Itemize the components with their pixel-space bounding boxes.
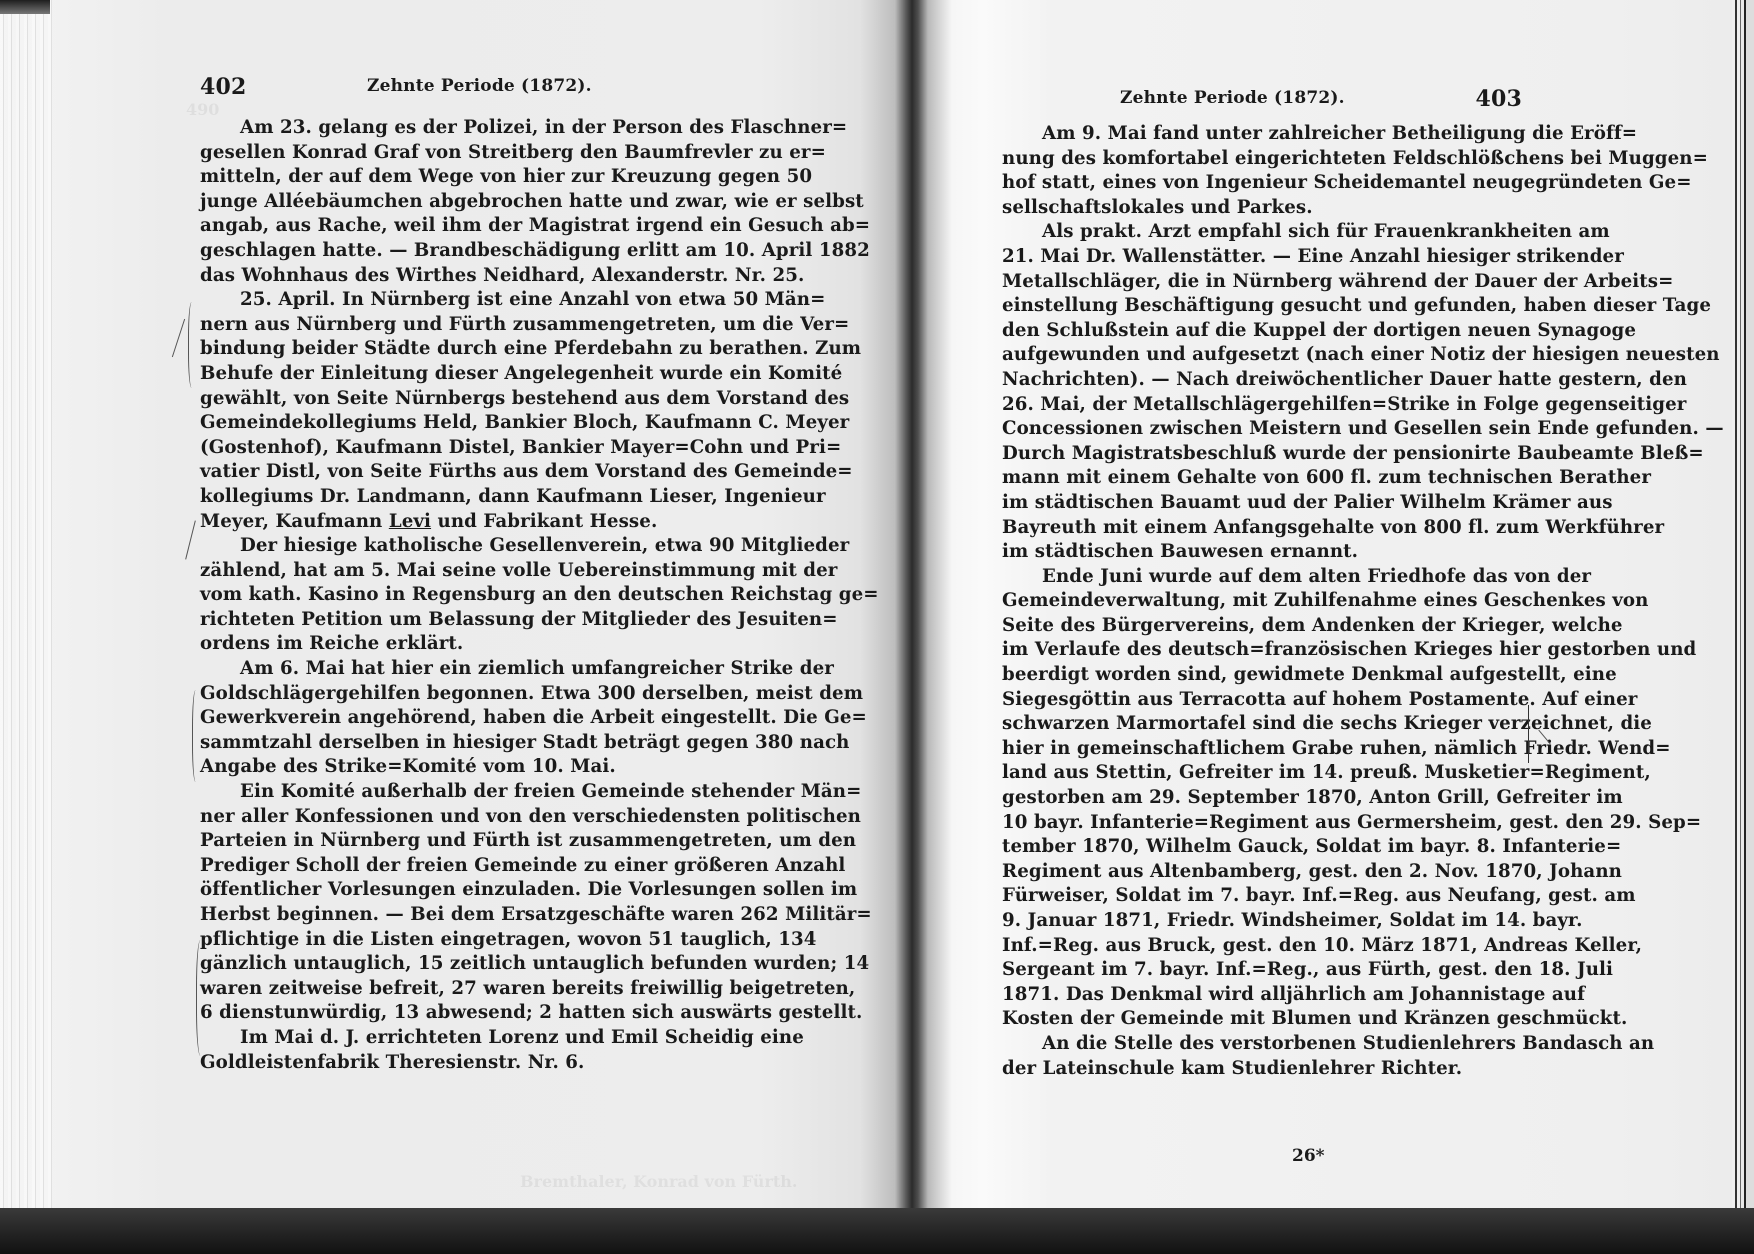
scan-bottom-shadow: [0, 1208, 1754, 1254]
text-line: gänzlich untauglich, 15 zeitlich untaugl…: [200, 952, 710, 977]
left-page: 402 Zehnte Periode (1872). Am 23. gelang…: [0, 0, 912, 1216]
bleed-through-text: Bremthaler, Konrad von Fürth.: [520, 1172, 797, 1191]
text-line: tember 1870, Wilhelm Gauck, Soldat im ba…: [1002, 835, 1522, 860]
right-page-body: Am 9. Mai fand unter zahlreicher Betheil…: [1002, 122, 1522, 1081]
text-line: einstellung Beschäftigung gesucht und ge…: [1002, 294, 1522, 319]
text-line: öffentlicher Vorlesungen einzuladen. Die…: [200, 878, 710, 903]
text-line: Inf.=Reg. aus Bruck, gest. den 10. März …: [1002, 934, 1522, 959]
left-running-header: 402 Zehnte Periode (1872).: [200, 74, 710, 104]
text-line: der Lateinschule kam Studienlehrer Richt…: [1002, 1057, 1522, 1082]
text-line: Sergeant im 7. bayr. Inf.=Reg., aus Fürt…: [1002, 958, 1522, 983]
text-line: 26. Mai, der Metallschlägergehilfen=Stri…: [1002, 393, 1522, 418]
text-line: hier in gemeinschaftlichem Grabe ruhen, …: [1002, 737, 1522, 762]
text-line: Parteien in Nürnberg und Fürth ist zusam…: [200, 829, 710, 854]
text-line: im Verlaufe des deutsch=französischen Kr…: [1002, 638, 1522, 663]
text-line: geschlagen hatte. — Brandbeschädigung er…: [200, 239, 710, 264]
text-line: Am 23. gelang es der Polizei, in der Per…: [200, 116, 710, 141]
text-line: sammtzahl derselben in hiesiger Stadt be…: [200, 731, 710, 756]
text-line: Siegesgöttin aus Terracotta auf hohem Po…: [1002, 688, 1522, 713]
text-line: land aus Stettin, Gefreiter im 14. preuß…: [1002, 761, 1522, 786]
text-line: 25. April. In Nürnberg ist eine Anzahl v…: [200, 288, 710, 313]
page-edge-stack: [1732, 0, 1754, 1214]
running-head-title: Zehnte Periode (1872).: [1120, 88, 1345, 108]
text-line: Gemeindeverwaltung, mit Zuhilfenahme ein…: [1002, 589, 1522, 614]
text-line: vom kath. Kasino in Regensburg an den de…: [200, 583, 710, 608]
left-page-body: Am 23. gelang es der Polizei, in der Per…: [200, 116, 710, 1075]
text-line: hof statt, eines von Ingenieur Scheidema…: [1002, 171, 1522, 196]
text-line: Goldleistenfabrik Theresienstr. Nr. 6.: [200, 1051, 710, 1076]
book-spread: 402 Zehnte Periode (1872). Am 23. gelang…: [0, 0, 1754, 1254]
text-line: Metallschläger, die in Nürnberg während …: [1002, 270, 1522, 295]
text-line: Der hiesige katholische Gesellenverein, …: [200, 534, 710, 559]
text-line: Concessionen zwischen Meistern und Gesel…: [1002, 417, 1522, 442]
text-line: Angabe des Strike=Komité vom 10. Mai.: [200, 755, 710, 780]
text-line: Durch Magistratsbeschluß wurde der pensi…: [1002, 442, 1522, 467]
text-line: junge Alléebäumchen abgebrochen hatte un…: [200, 190, 710, 215]
right-page: Zehnte Periode (1872). 403 Am 9. Mai fan…: [912, 0, 1754, 1214]
text-line: richteten Petition um Belassung der Mitg…: [200, 608, 710, 633]
text-line: Behufe der Einleitung dieser Angelegenhe…: [200, 362, 710, 387]
text-line: sellschaftslokales und Parkes.: [1002, 196, 1522, 221]
text-line: 21. Mai Dr. Wallenstätter. — Eine Anzahl…: [1002, 245, 1522, 270]
text-line: schwarzen Marmortafel sind die sechs Kri…: [1002, 712, 1522, 737]
pencil-stroke-mark: [172, 319, 185, 357]
pencil-underlined-word: Levi: [389, 511, 431, 532]
pencil-bracket-mark: [196, 940, 207, 1056]
text-line: nung des komfortabel eingerichteten Feld…: [1002, 147, 1522, 172]
text-line: Goldschlägergehilfen begonnen. Etwa 300 …: [200, 682, 710, 707]
text-line: Prediger Scholl der freien Gemeinde zu e…: [200, 854, 710, 879]
text-line: waren zeitweise befreit, 27 waren bereit…: [200, 977, 710, 1002]
text-line: 6 dienstunwürdig, 13 abwesend; 2 hatten …: [200, 1001, 710, 1026]
text-line: mitteln, der auf dem Wege von hier zur K…: [200, 165, 710, 190]
bleed-through-text: 490: [186, 100, 219, 119]
text-line: Herbst beginnen. — Bei dem Ersatzgeschäf…: [200, 903, 710, 928]
text-line: im städtischen Bauwesen ernannt.: [1002, 540, 1522, 565]
text-line: Im Mai d. J. errichteten Lorenz und Emil…: [200, 1026, 710, 1051]
text-line: Gemeindekollegiums Held, Bankier Bloch, …: [200, 411, 710, 436]
text-line: gestorben am 29. September 1870, Anton G…: [1002, 786, 1522, 811]
text-line: An die Stelle des verstorbenen Studienle…: [1002, 1032, 1522, 1057]
text-line: mann mit einem Gehalte von 600 fl. zum t…: [1002, 466, 1522, 491]
text-line: beerdigt worden sind, gewidmete Denkmal …: [1002, 663, 1522, 688]
text-line: Bayreuth mit einem Anfangsgehalte von 80…: [1002, 516, 1522, 541]
pencil-bracket-mark: [188, 302, 197, 388]
pencil-j-mark: [185, 520, 196, 559]
signature-mark: 26*: [1292, 1146, 1325, 1166]
text-line: pflichtige in die Listen eingetragen, wo…: [200, 928, 710, 953]
text-line: ordens im Reiche erklärt.: [200, 632, 710, 657]
text-line: kollegiums Dr. Landmann, dann Kaufmann L…: [200, 485, 710, 510]
right-running-header: Zehnte Periode (1872). 403: [1002, 86, 1522, 116]
text-line: bindung beider Städte durch eine Pferdeb…: [200, 337, 710, 362]
text-line: (Gostenhof), Kaufmann Distel, Bankier Ma…: [200, 436, 710, 461]
page-number: 402: [200, 74, 247, 100]
scan-corner-shadow: [0, 0, 50, 14]
text-line: 9. Januar 1871, Friedr. Windsheimer, Sol…: [1002, 909, 1522, 934]
text-line: nern aus Nürnberg und Fürth zusammengetr…: [200, 313, 710, 338]
text-line: angab, aus Rache, weil ihm der Magistrat…: [200, 214, 710, 239]
text-line: gewählt, von Seite Nürnbergs bestehend a…: [200, 387, 710, 412]
text-line: Kosten der Gemeinde mit Blumen und Kränz…: [1002, 1007, 1522, 1032]
text-line: Regiment aus Altenbamberg, gest. den 2. …: [1002, 860, 1522, 885]
text-line: zählend, hat am 5. Mai seine volle Ueber…: [200, 559, 710, 584]
page-edge-stack: [0, 0, 52, 1216]
text-line: Am 6. Mai hat hier ein ziemlich umfangre…: [200, 657, 710, 682]
text-line: Nachrichten). — Nach dreiwöchentlicher D…: [1002, 368, 1522, 393]
text-line: 10 bayr. Infanterie=Regiment aus Germers…: [1002, 811, 1522, 836]
pencil-bracket-mark: [1528, 705, 1529, 763]
text-line: gesellen Konrad Graf von Streitberg den …: [200, 141, 710, 166]
text-line: den Schlußstein auf die Kuppel der dorti…: [1002, 319, 1522, 344]
pencil-bracket-mark: [192, 690, 201, 782]
text-line: Als prakt. Arzt empfahl sich für Frauenk…: [1002, 220, 1522, 245]
text-line: Ende Juni wurde auf dem alten Friedhofe …: [1002, 565, 1522, 590]
text-line: vatier Distl, von Seite Fürths aus dem V…: [200, 460, 710, 485]
text-line: aufgewunden und aufgesetzt (nach einer N…: [1002, 343, 1522, 368]
text-line: das Wohnhaus des Wirthes Neidhard, Alexa…: [200, 264, 710, 289]
text-line: Meyer, Kaufmann Levi und Fabrikant Hesse…: [200, 510, 710, 535]
text-line: ner aller Konfessionen und von den versc…: [200, 805, 710, 830]
text-line: im städtischen Bauamt uud der Palier Wil…: [1002, 491, 1522, 516]
text-line: Ein Komité außerhalb der freien Gemeinde…: [200, 780, 710, 805]
text-line: Seite des Bürgervereins, dem Andenken de…: [1002, 614, 1522, 639]
text-line: Gewerkverein angehörend, haben die Arbei…: [200, 706, 710, 731]
text-line: Am 9. Mai fand unter zahlreicher Betheil…: [1002, 122, 1522, 147]
page-number: 403: [1475, 86, 1522, 112]
running-head-title: Zehnte Periode (1872).: [367, 76, 592, 96]
text-line: Fürweiser, Soldat im 7. bayr. Inf.=Reg. …: [1002, 884, 1522, 909]
text-line: 1871. Das Denkmal wird alljährlich am Jo…: [1002, 983, 1522, 1008]
